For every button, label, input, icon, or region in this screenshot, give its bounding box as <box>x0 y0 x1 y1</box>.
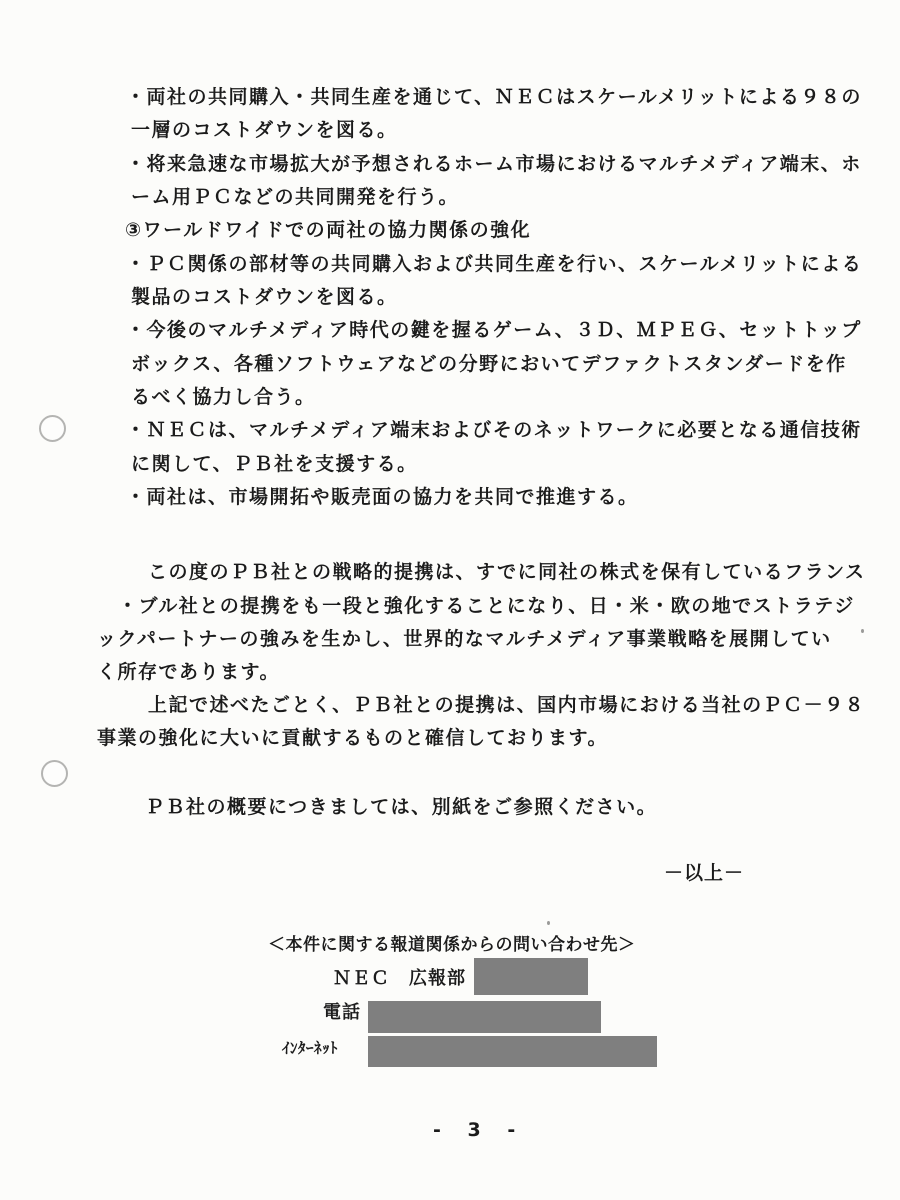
body-line: ・両社は、市場開拓や販売面の協力を共同で推進する。 <box>126 488 639 507</box>
paragraph-line: 事業の強化に大いに貢献するものと確信しております。 <box>97 729 608 748</box>
paragraph-line: く所存であります。 <box>97 663 280 682</box>
body-line: に関して、ＰＢ社を支援する。 <box>131 455 418 474</box>
paragraph-line: 上記で述べたごとく、ＰＢ社との提携は、国内市場における当社のＰＣ－９８ <box>148 696 865 715</box>
body-line: 一層のコストダウンを図る。 <box>131 121 398 140</box>
body-line: ・ＮＥＣは、マルチメディア端末およびそのネットワークに必要となる通信技術 <box>126 421 862 440</box>
closing-mark: －以上－ <box>664 864 744 883</box>
scan-speck <box>547 921 550 925</box>
hole-punch-bottom <box>41 760 68 787</box>
paragraph-line: この度のＰＢ社との戦略的提携は、すでに同社の株式を保有しているフランス <box>148 563 866 582</box>
body-line: ボックス、各種ソフトウェアなどの分野においてデファクトスタンダードを作 <box>131 355 847 374</box>
section-heading: ③ワールドワイドでの両社の協力関係の強化 <box>125 221 531 240</box>
paragraph-line: ックパートナーの強みを生かし、世界的なマルチメディア事業戦略を展開してい <box>97 630 832 649</box>
paragraph-line: ・ブル社との提携をも一段と強化することになり、日・米・欧の地でストラテジ <box>118 597 855 616</box>
redacted-phone-number <box>368 1001 601 1033</box>
contact-org: ＮＥＣ 広報部 <box>333 970 466 988</box>
hole-punch-top <box>39 415 66 442</box>
contact-header: ＜本件に関する報道関係からの問い合わせ先＞ <box>268 937 636 954</box>
page-number: - 3 - <box>433 1121 525 1140</box>
contact-internet-label: ｲﾝﾀｰﾈｯﾄ <box>282 1041 338 1056</box>
redacted-internet-address <box>368 1036 657 1067</box>
body-line: ・ＰＣ関係の部材等の共同購入および共同生産を行い、スケールメリットによる <box>126 255 862 274</box>
body-line: ・将来急速な市場拡大が予想されるホーム市場におけるマルチメディア端末、ホ <box>126 155 862 174</box>
body-line: ・両社の共同購入・共同生産を通じて、ＮＥＣはスケールメリットによる９８の <box>126 88 862 107</box>
scan-speck <box>861 629 864 633</box>
reference-note: ＰＢ社の概要につきましては、別紙をご参照ください。 <box>145 798 657 817</box>
body-line: 製品のコストダウンを図る。 <box>131 288 398 307</box>
body-line: ・今後のマルチメディア時代の鍵を握るゲーム、３Ｄ、ＭＰＥＧ、セットトップ <box>126 321 862 340</box>
contact-phone-label: 電話 <box>323 1004 361 1022</box>
body-line: るべく協力し合う。 <box>131 388 316 407</box>
body-line: ーム用ＰＣなどの共同開発を行う。 <box>131 188 459 207</box>
redacted-contact-name <box>474 958 588 995</box>
scanned-press-release-page: ・両社の共同購入・共同生産を通じて、ＮＥＣはスケールメリットによる９８の 一層の… <box>0 0 900 1200</box>
